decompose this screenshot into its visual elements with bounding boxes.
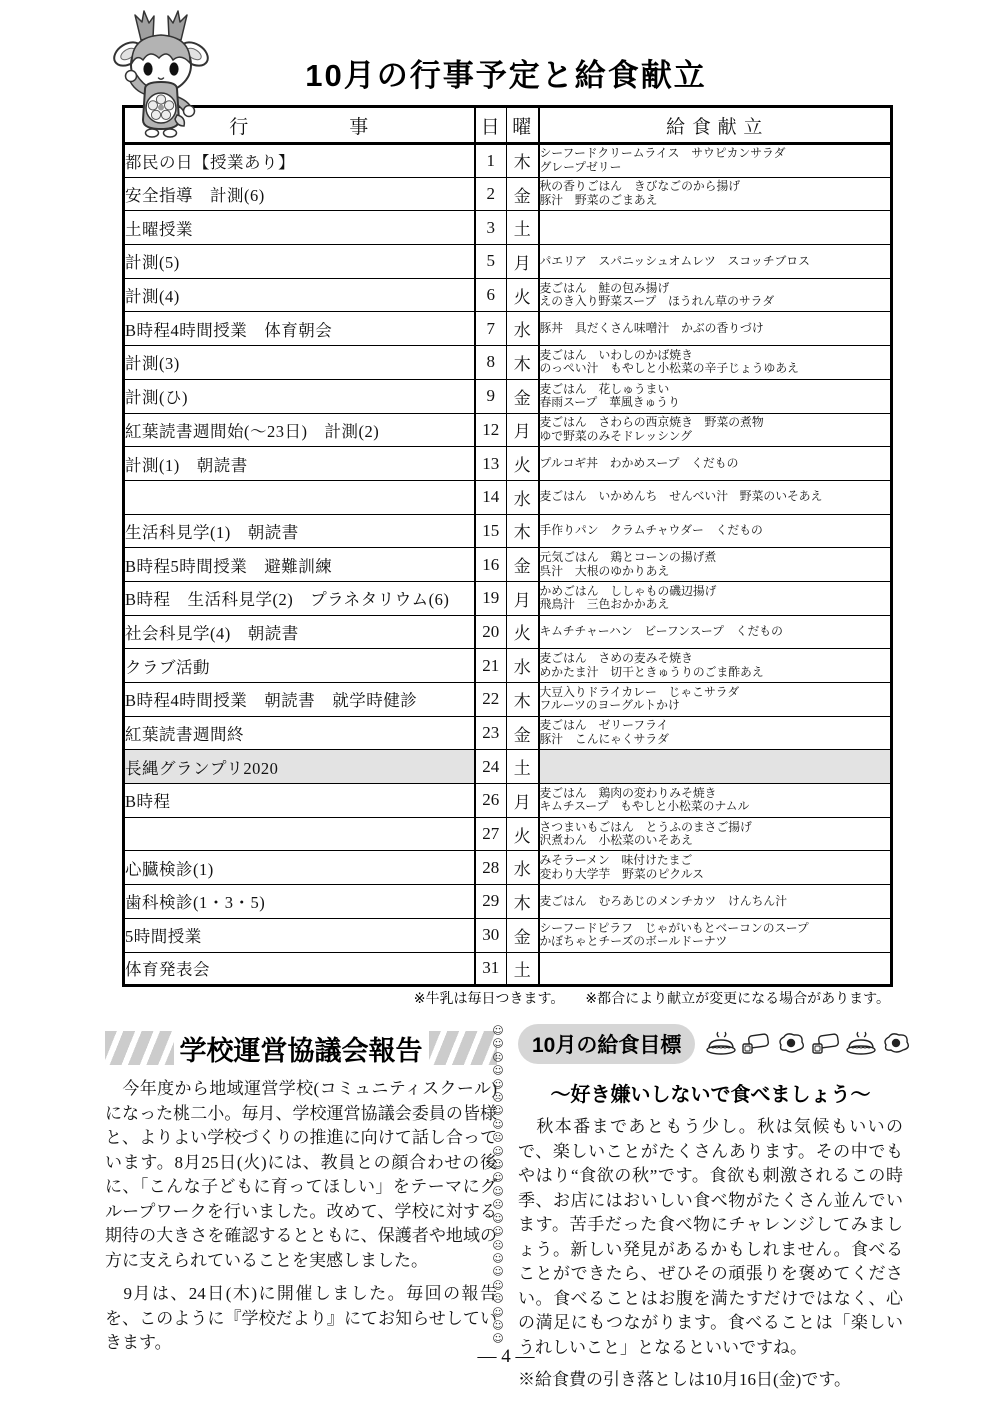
smiling-face-icon: ☺: [489, 1078, 507, 1091]
weekday-cell: 土: [507, 750, 539, 784]
event-cell: B時程 生活科見学(2) プラネタリウム(6): [124, 581, 475, 615]
goal-paragraph-2: ※給食費の引き落としは10月16日(金)です。: [518, 1368, 903, 1393]
menu-cell: 秋の香りごはん きびなごのから揚げ 豚汁 野菜のごまあえ: [539, 177, 892, 211]
weekday-cell: 金: [507, 379, 539, 413]
day-cell: 7: [475, 312, 507, 346]
menu-cell: シーフードクリームライス サウピカンサラダ グレープゼリー: [539, 144, 892, 178]
day-cell: 26: [475, 784, 507, 818]
menu-cell: パエリア スパニッシュオムレツ スコッチブロス: [539, 245, 892, 279]
deer-mascot-illustration: [101, 6, 221, 140]
weekday-cell: 土: [507, 211, 539, 245]
weekday-cell: 金: [507, 177, 539, 211]
weekday-cell: 木: [507, 144, 539, 178]
menu-cell: 麦ごはん いわしのかば焼き のっぺい汁 もやしと小松菜の辛子じょうゆあえ: [539, 346, 892, 380]
council-title: 学校運営協議会報告: [180, 1029, 423, 1068]
smiling-face-icon: ☺: [489, 1024, 507, 1037]
smiling-face-icon: ☺: [489, 1145, 507, 1158]
day-cell: 31: [475, 952, 507, 986]
table-row: 土曜授業3土: [124, 211, 892, 245]
event-cell: 心臓検診(1): [124, 851, 475, 885]
weekday-cell: 金: [507, 548, 539, 582]
day-cell: 30: [475, 918, 507, 952]
header-menu: 給 食 献 立: [539, 107, 892, 144]
menu-cell: 豚丼 具だくさん味噌汁 かぶの香りづけ: [539, 312, 892, 346]
table-row: B時程 生活科見学(2) プラネタリウム(6)19月かめごはん ししゃもの磯辺揚…: [124, 581, 892, 615]
smiling-face-icon: ☺: [489, 1171, 507, 1184]
menu-cell: 麦ごはん むろあじのメンチカツ けんちん汁: [539, 885, 892, 919]
frowning-face-icon: ☹: [489, 1051, 507, 1064]
pie-icon: [705, 1031, 737, 1057]
frowning-face-icon: ☹: [489, 1131, 507, 1144]
event-cell: B時程: [124, 784, 475, 818]
table-row: 14水麦ごはん いかめんち せんべい汁 野菜のいそあえ: [124, 480, 892, 514]
event-cell: 生活科見学(1) 朝読書: [124, 514, 475, 548]
lunch-goal-subtitle: ～好き嫌いしないで食べましょう～: [518, 1078, 903, 1107]
newsletter-page: 10月の行事予定と給食献立 行 事 日 曜 給 食 献 立 都民の日【授業あり】…: [0, 0, 1000, 1415]
table-row: 計測(ひ)9金麦ごはん 花しゅうまい 春雨スープ 華風きゅうり: [124, 379, 892, 413]
menu-cell: 手作りパン クラムチャウダー くだもの: [539, 514, 892, 548]
table-row: B時程26月麦ごはん 鶏肉の変わりみそ焼き キムチスープ もやしと小松菜のナムル: [124, 784, 892, 818]
milk-note: ※牛乳は毎日つきます。 ※都合により献立が変更になる場合があります。: [122, 988, 890, 1008]
day-cell: 21: [475, 649, 507, 683]
menu-cell: プルコギ丼 わかめスープ くだもの: [539, 447, 892, 481]
smiling-face-icon: ☺: [489, 1265, 507, 1278]
weekday-cell: 月: [507, 245, 539, 279]
egg-icon: [775, 1031, 807, 1057]
menu-cell: [539, 750, 892, 784]
goal-paragraph-1: 秋本番まであともう少し。秋は気候もいいので、楽しいことがたくさんあります。その中…: [518, 1115, 903, 1360]
smiling-face-icon: ☺: [489, 1319, 507, 1332]
event-cell: 計測(4): [124, 278, 475, 312]
day-cell: 20: [475, 615, 507, 649]
smiling-face-icon: ☺: [489, 1306, 507, 1319]
event-cell: 都民の日【授業あり】: [124, 144, 475, 178]
smiling-face-icon: ☺: [489, 1212, 507, 1225]
event-cell: 紅葉読書週間終: [124, 716, 475, 750]
page-title: 10月の行事予定と給食献立: [122, 50, 890, 95]
event-cell: 安全指導 計測(6): [124, 177, 475, 211]
event-cell: B時程4時間授業 体育朝会: [124, 312, 475, 346]
menu-cell: 麦ごはん 鶏肉の変わりみそ焼き キムチスープ もやしと小松菜のナムル: [539, 784, 892, 818]
table-row: 安全指導 計測(6)2金秋の香りごはん きびなごのから揚げ 豚汁 野菜のごまあえ: [124, 177, 892, 211]
table-row: 計測(3)8木麦ごはん いわしのかば焼き のっぺい汁 もやしと小松菜の辛子じょう…: [124, 346, 892, 380]
event-cell: 歯科検診(1・3・5): [124, 885, 475, 919]
event-cell: [124, 817, 475, 851]
day-cell: 23: [475, 716, 507, 750]
table-row: B時程4時間授業 朝読書 就学時健診22木大豆入りドライカレー じゃこサラダ フ…: [124, 683, 892, 717]
day-cell: 15: [475, 514, 507, 548]
table-row: 社会科見学(4) 朝読書20火キムチチャーハン ビーフンスープ くだもの: [124, 615, 892, 649]
frowning-face-icon: ☹: [489, 1239, 507, 1252]
table-row: 紅葉読書週間終23金麦ごはん ゼリーフライ 豚汁 こんにゃくサラダ: [124, 716, 892, 750]
menu-cell: [539, 952, 892, 986]
lunch-goal-section: 10月の給食目標 ～好き嫌いしないで食べましょう～ 秋本番まであともう少し。秋は…: [518, 1024, 903, 1393]
schedule-menu-table: 行 事 日 曜 給 食 献 立 都民の日【授業あり】1木シーフードクリームライス…: [122, 105, 893, 987]
table-row: 生活科見学(1) 朝読書15木手作りパン クラムチャウダー くだもの: [124, 514, 892, 548]
day-cell: 9: [475, 379, 507, 413]
table-row: 5時間授業30金シーフードピラフ じゃがいもとベーコンのスープ かぼちゃとチーズ…: [124, 918, 892, 952]
table-row: 長縄グランプリ202024土: [124, 750, 892, 784]
weekday-cell: 水: [507, 480, 539, 514]
event-cell: B時程5時間授業 避難訓練: [124, 548, 475, 582]
menu-cell: さつまいもごはん とうふのまさご揚げ 沢煮わん 小松菜のいそあえ: [539, 817, 892, 851]
event-cell: 5時間授業: [124, 918, 475, 952]
table-row: 心臓検診(1)28水みそラーメン 味付けたまご 変わり大学芋 野菜のピクルス: [124, 851, 892, 885]
smiling-face-icon: ☺: [489, 1252, 507, 1265]
menu-cell: 麦ごはん いかめんち せんべい汁 野菜のいそあえ: [539, 480, 892, 514]
table-row: B時程5時間授業 避難訓練16金元気ごはん 鶏とコーンの揚げ煮 呉汁 大根のゆか…: [124, 548, 892, 582]
council-paragraph-2: 9月は、24日(木)に開催しました。毎回の報告を、このように『学校だより』にてお…: [105, 1282, 497, 1356]
table-row: 都民の日【授業あり】1木シーフードクリームライス サウピカンサラダ グレープゼリ…: [124, 144, 892, 178]
weekday-cell: 木: [507, 514, 539, 548]
weekday-cell: 月: [507, 581, 539, 615]
weekday-cell: 月: [507, 413, 539, 447]
menu-cell: 麦ごはん 花しゅうまい 春雨スープ 華風きゅうり: [539, 379, 892, 413]
weekday-cell: 火: [507, 278, 539, 312]
event-cell: 社会科見学(4) 朝読書: [124, 615, 475, 649]
lunch-goal-header: 10月の給食目標: [518, 1024, 903, 1064]
table-row: 計測(4)6火麦ごはん 鮭の包み揚げ えのき入り野菜スープ ほうれん草のサラダ: [124, 278, 892, 312]
council-banner: 学校運営協議会報告: [105, 1028, 497, 1068]
day-cell: 24: [475, 750, 507, 784]
header-day: 日: [475, 107, 507, 144]
council-report-section: 学校運営協議会報告 今年度から地域運営学校(コミュニティスクール)になった桃二小…: [105, 1028, 497, 1356]
schedule-table-body: 都民の日【授業あり】1木シーフードクリームライス サウピカンサラダ グレープゼリ…: [124, 144, 892, 986]
emoticon-divider: ☺☺☹☺☺☹☺☺☹☺☺☺☺☹☺☺☹☺☺☺☹☺☺☺: [489, 1024, 507, 1346]
day-cell: 3: [475, 211, 507, 245]
menu-cell: 元気ごはん 鶏とコーンの揚げ煮 呉汁 大根のゆかりあえ: [539, 548, 892, 582]
table-header: 行 事 日 曜 給 食 献 立: [124, 107, 892, 144]
table-row: クラブ活動21水麦ごはん さめの麦みそ焼き めかたま汁 切干ときゅうりのごま酢あ…: [124, 649, 892, 683]
menu-cell: かめごはん ししゃもの磯辺揚げ 飛鳥汁 三色おかかあえ: [539, 581, 892, 615]
table-row: 歯科検診(1・3・5)29木麦ごはん むろあじのメンチカツ けんちん汁: [124, 885, 892, 919]
bread-icon: [810, 1031, 842, 1057]
council-paragraph-1: 今年度から地域運営学校(コミュニティスクール)になった桃二小。毎月、学校運営協議…: [105, 1077, 497, 1273]
event-cell: 計測(1) 朝読書: [124, 447, 475, 481]
day-cell: 8: [475, 346, 507, 380]
day-cell: 16: [475, 548, 507, 582]
weekday-cell: 土: [507, 952, 539, 986]
smiling-face-icon: ☺: [489, 1225, 507, 1238]
menu-cell: 麦ごはん さわらの西京焼き 野菜の煮物 ゆで野菜のみそドレッシング: [539, 413, 892, 447]
day-cell: 29: [475, 885, 507, 919]
weekday-cell: 木: [507, 683, 539, 717]
pie-icon: [845, 1031, 877, 1057]
day-cell: 22: [475, 683, 507, 717]
smiling-face-icon: ☺: [489, 1118, 507, 1131]
day-cell: 2: [475, 177, 507, 211]
weekday-cell: 火: [507, 817, 539, 851]
frowning-face-icon: ☹: [489, 1198, 507, 1211]
day-cell: 27: [475, 817, 507, 851]
menu-cell: 麦ごはん ゼリーフライ 豚汁 こんにゃくサラダ: [539, 716, 892, 750]
event-cell: 土曜授業: [124, 211, 475, 245]
day-cell: 6: [475, 278, 507, 312]
menu-cell: 大豆入りドライカレー じゃこサラダ フルーツのヨーグルトかけ: [539, 683, 892, 717]
smiling-face-icon: ☺: [489, 1185, 507, 1198]
table-row: 27火さつまいもごはん とうふのまさご揚げ 沢煮わん 小松菜のいそあえ: [124, 817, 892, 851]
event-cell: 紅葉読書週間始(～23日) 計測(2): [124, 413, 475, 447]
event-cell: 計測(5): [124, 245, 475, 279]
smiling-face-icon: ☺: [489, 1037, 507, 1050]
frowning-face-icon: ☹: [489, 1292, 507, 1305]
weekday-cell: 水: [507, 649, 539, 683]
menu-cell: みそラーメン 味付けたまご 変わり大学芋 野菜のピクルス: [539, 851, 892, 885]
table-row: B時程4時間授業 体育朝会7水豚丼 具だくさん味噌汁 かぶの香りづけ: [124, 312, 892, 346]
event-cell: 計測(ひ): [124, 379, 475, 413]
day-cell: 5: [475, 245, 507, 279]
event-cell: B時程4時間授業 朝読書 就学時健診: [124, 683, 475, 717]
weekday-cell: 水: [507, 851, 539, 885]
table-row: 計測(5)5月パエリア スパニッシュオムレツ スコッチブロス: [124, 245, 892, 279]
event-cell: 計測(3): [124, 346, 475, 380]
menu-cell: [539, 211, 892, 245]
day-cell: 19: [475, 581, 507, 615]
event-cell: [124, 480, 475, 514]
menu-cell: キムチチャーハン ビーフンスープ くだもの: [539, 615, 892, 649]
smiling-face-icon: ☺: [489, 1104, 507, 1117]
weekday-cell: 金: [507, 918, 539, 952]
bread-icon: [740, 1031, 772, 1057]
menu-cell: 麦ごはん 鮭の包み揚げ えのき入り野菜スープ ほうれん草のサラダ: [539, 278, 892, 312]
lunch-goal-badge: 10月の給食目標: [518, 1024, 695, 1064]
table-row: 計測(1) 朝読書13火プルコギ丼 わかめスープ くだもの: [124, 447, 892, 481]
smiling-face-icon: ☺: [489, 1332, 507, 1345]
event-cell: 長縄グランプリ2020: [124, 750, 475, 784]
weekday-cell: 火: [507, 447, 539, 481]
table-row: 体育発表会31土: [124, 952, 892, 986]
menu-cell: 麦ごはん さめの麦みそ焼き めかたま汁 切干ときゅうりのごま酢あえ: [539, 649, 892, 683]
table-row: 紅葉読書週間始(～23日) 計測(2)12月麦ごはん さわらの西京焼き 野菜の煮…: [124, 413, 892, 447]
food-icons: [705, 1031, 912, 1057]
event-cell: クラブ活動: [124, 649, 475, 683]
frowning-face-icon: ☹: [489, 1091, 507, 1104]
day-cell: 14: [475, 480, 507, 514]
banner-stripe-right: [429, 1031, 498, 1065]
weekday-cell: 木: [507, 346, 539, 380]
smiling-face-icon: ☺: [489, 1279, 507, 1292]
weekday-cell: 火: [507, 615, 539, 649]
smiling-face-icon: ☺: [489, 1064, 507, 1077]
page-number: ― 4 ―: [122, 1346, 890, 1368]
event-cell: 体育発表会: [124, 952, 475, 986]
weekday-cell: 水: [507, 312, 539, 346]
weekday-cell: 月: [507, 784, 539, 818]
banner-stripe-left: [105, 1031, 174, 1065]
weekday-cell: 金: [507, 716, 539, 750]
weekday-cell: 木: [507, 885, 539, 919]
header-weekday: 曜: [507, 107, 539, 144]
smiling-face-icon: ☺: [489, 1158, 507, 1171]
egg-icon: [880, 1031, 912, 1057]
day-cell: 28: [475, 851, 507, 885]
day-cell: 13: [475, 447, 507, 481]
menu-cell: シーフードピラフ じゃがいもとベーコンのスープ かぼちゃとチーズのボールドーナツ: [539, 918, 892, 952]
day-cell: 12: [475, 413, 507, 447]
day-cell: 1: [475, 144, 507, 178]
